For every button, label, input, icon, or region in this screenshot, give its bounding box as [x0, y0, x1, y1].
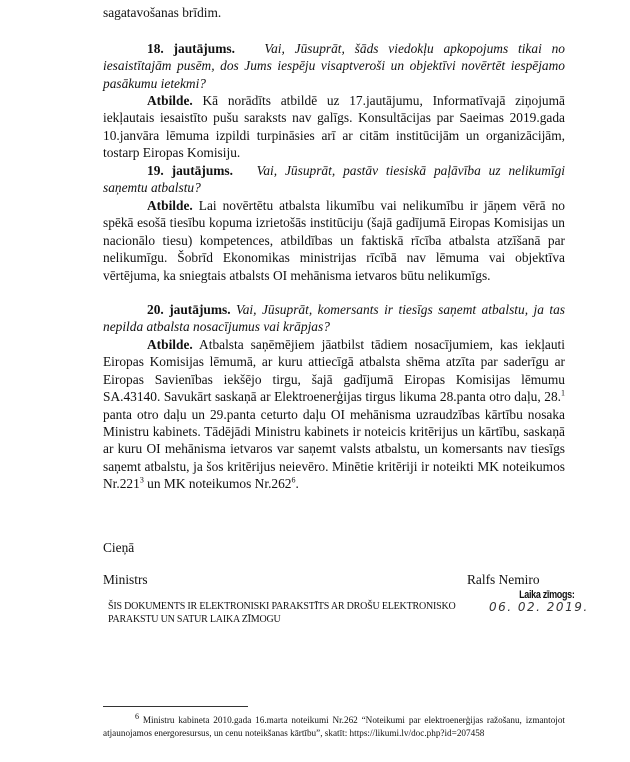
closing-regards: Cieņā: [103, 540, 134, 556]
esignature-line: PARAKSTU UN SATUR LAIKA ZĪMOGU: [108, 613, 456, 626]
question-20: 20. jautājums. Vai, Jūsuprāt, komersants…: [103, 301, 565, 336]
timestamp-date: 06. 02. 2019.: [489, 600, 589, 614]
superscript: 1: [561, 389, 565, 398]
footnote-text: Ministru kabineta 2010.gada 16.marta not…: [103, 715, 565, 738]
esignature-line: ŠIS DOKUMENTS IR ELEKTRONISKI PARAKSTĪTS…: [108, 600, 456, 613]
question-label: 19. jautājums.: [147, 163, 233, 178]
answer-label: Atbilde.: [147, 93, 193, 108]
timestamp-stamp: Laika zīmogs: 06. 02. 2019.: [505, 589, 589, 614]
answer-label: Atbilde.: [147, 337, 193, 352]
answer-text: un MK noteikumos Nr.262: [144, 476, 292, 491]
question-18: 18. jautājums. Vai, Jūsuprāt, šāds viedo…: [103, 40, 565, 92]
timestamp-label: Laika zīmogs:: [513, 589, 582, 601]
footnote-divider: [103, 706, 248, 707]
question-19: 19. jautājums. Vai, Jūsuprāt, pastāv tie…: [103, 162, 565, 197]
answer-label: Atbilde.: [147, 198, 193, 213]
signer-title: Ministrs: [103, 572, 148, 588]
question-label: 20. jautājums.: [147, 302, 231, 317]
continued-text: sagatavošanas brīdim.: [103, 4, 221, 21]
answer-text: .: [296, 476, 299, 491]
answer-20: Atbilde. Atbalsta saņēmējiem jāatbilst t…: [103, 336, 565, 493]
question-label: 18. jautājums.: [147, 41, 235, 56]
signer-name: Ralfs Nemiro: [467, 572, 540, 588]
answer-18: Atbilde. Kā norādīts atbildē uz 17.jautā…: [103, 92, 565, 162]
footnote: 6 Ministru kabineta 2010.gada 16.marta n…: [103, 714, 565, 740]
esignature-notice: ŠIS DOKUMENTS IR ELEKTRONISKI PARAKSTĪTS…: [108, 600, 456, 626]
answer-19: Atbilde. Lai novērtētu atbalsta likumību…: [103, 197, 565, 284]
